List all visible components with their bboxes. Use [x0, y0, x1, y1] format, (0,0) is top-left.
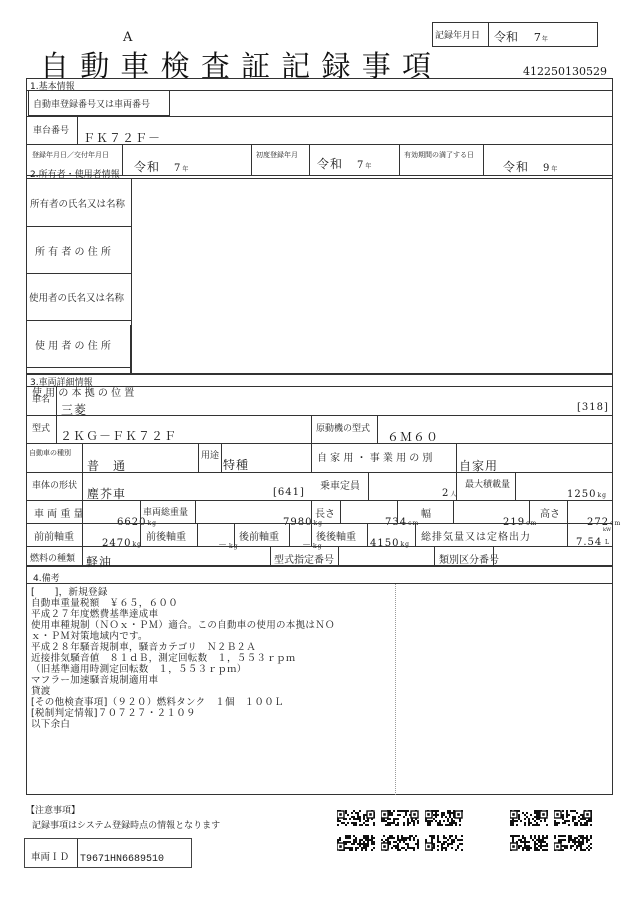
- vehicle-id-box: 車両ＩＤ T9671HN6689510: [24, 838, 192, 868]
- 2d-code-2-icon: [381, 810, 419, 826]
- expiry-year: 9: [543, 163, 550, 174]
- model-label: 型式: [32, 421, 50, 434]
- fr-axle-value: －kg: [218, 538, 239, 551]
- remarks-line: 近接排気騒音値 ８１ｄＢ，測定回転数 １，５５３ｒｐｍ: [31, 653, 335, 664]
- body-shape-code: [641]: [273, 487, 305, 498]
- chassis-label: 車台番号: [33, 123, 69, 136]
- model-value: ２ＫＧ－ＦＫ７２Ｆ: [60, 427, 177, 444]
- type-designation-label: 型式指定番号: [274, 551, 334, 566]
- use-label: 用途: [201, 448, 219, 461]
- expiry-value: 令和9年: [503, 158, 558, 175]
- fuel-label: 燃料の種類: [30, 551, 75, 564]
- height-label: 高さ: [540, 505, 560, 520]
- reg-date-era: 令和: [134, 160, 160, 174]
- notice-text: 記録事項はシステム登録時点の情報となります: [32, 818, 220, 831]
- unit-kg: kg: [597, 492, 606, 499]
- record-date-year: 7: [534, 31, 541, 44]
- reg-date-value: 令和7年: [134, 158, 189, 175]
- 2d-code-8-icon: [425, 835, 463, 851]
- vehicle-id-value: T9671HN6689510: [80, 854, 164, 865]
- first-reg-label: 初度登録年月: [256, 150, 298, 160]
- remarks-line: [その他検査事項]（９２０）燃料タンク １個 １００Ｌ: [31, 697, 335, 708]
- remarks-line: 自動車重量税額 ￥６５，６００: [31, 598, 335, 609]
- record-date-label: 記録年月日: [435, 28, 480, 41]
- max-load-number: 1250: [567, 489, 596, 500]
- reg-number-label: 自動車登録番号又は車両番号: [33, 97, 150, 110]
- capacity-value: 2人: [442, 488, 457, 499]
- private-business-label: 自 家 用 ・ 事 業 用 の 別: [317, 449, 432, 464]
- engine-label: 原動機の型式: [316, 421, 370, 434]
- document-number: 412250130529: [523, 65, 607, 78]
- owner-address-label: 所 有 者 の 住 所: [35, 243, 111, 258]
- remarks-line: [税制判定情報]７０７２７・２１０９: [31, 708, 335, 719]
- year-unit: 年: [365, 163, 372, 170]
- max-load-value: 1250kg: [567, 489, 607, 500]
- 2d-code-5-icon: [554, 810, 592, 826]
- user-name-label: 使用者の氏名又は名称: [29, 290, 124, 304]
- first-reg-value: 令和7年: [317, 155, 372, 172]
- gross-weight-label: 車両総重量: [143, 505, 188, 518]
- year-unit: 年: [182, 166, 189, 173]
- remarks-line: 貸渡: [31, 686, 335, 697]
- header-mark: A: [123, 30, 132, 45]
- section-1: 1.基本情報 自動車登録番号又は車両番号 車台番号 ＦＫ７２Ｆ－ 登録年月日／交…: [26, 78, 613, 176]
- width-label: 幅: [421, 505, 431, 520]
- displacement-unit-l: L: [605, 539, 609, 546]
- remarks-line: マフラー加速騒音規制適用車: [31, 675, 335, 686]
- capacity-number: 2: [442, 488, 449, 499]
- vehicle-weight-label: 車 両 重 量: [34, 505, 84, 520]
- rf-axle-label: 後前軸重: [239, 528, 279, 543]
- car-name-label: 車名: [32, 392, 50, 405]
- section-3: 3.車両詳細情報 車名 三菱 [318] 型式 ２ＫＧ－ＦＫ７２Ｆ 原動機の型式…: [26, 374, 613, 566]
- ff-axle-number: 2470: [102, 538, 131, 549]
- remarks-line: 使用車種規制（ＮＯｘ・ＰＭ）適合。この自動車の使用の本拠はＮＯ: [31, 620, 335, 631]
- remarks-line: 以下余白: [31, 719, 335, 730]
- rr-axle-label: 後後軸重: [316, 528, 356, 543]
- fr-axle-label: 前後軸重: [146, 528, 186, 543]
- kind-label: 自動車の種別: [29, 448, 71, 458]
- reg-date-label: 登録年月日／交付年月日: [32, 150, 109, 160]
- owner-name-label: 所有者の氏名又は名称: [30, 196, 125, 210]
- remarks-text: [ ]，新規登録自動車重量税額 ￥６５，６００平成２７年度燃費基準達成車使用車種…: [31, 587, 335, 730]
- 2d-code-4-icon: [510, 810, 548, 826]
- car-name-code: [318]: [577, 402, 609, 413]
- 2d-code-10-icon: [554, 835, 592, 851]
- 2d-code-6-icon: [337, 835, 375, 851]
- capacity-unit: 人: [450, 491, 457, 498]
- ff-axle-label: 前前軸重: [34, 528, 74, 543]
- remarks-line: 平成２８年騒音規制車，騒音カテゴリ Ｎ２Ｂ２Ａ: [31, 642, 335, 653]
- remarks-line: 平成２７年度燃費基準達成車: [31, 609, 335, 620]
- record-date-era: 令和: [494, 30, 518, 44]
- year-unit: 年: [551, 166, 558, 173]
- expiry-label: 有効期間の満了する日: [404, 150, 474, 160]
- 2d-code-3-icon: [425, 810, 463, 826]
- rr-axle-value: 4150kg: [370, 538, 410, 549]
- year-unit: 年: [542, 36, 548, 43]
- max-load-label: 最大積載量: [465, 477, 510, 490]
- category-label: 類別区分番号: [439, 551, 499, 566]
- use-value: 特種: [223, 456, 249, 473]
- 2d-code-7-icon: [381, 835, 419, 851]
- displacement-label: 総排気量又は定格出力: [421, 528, 531, 543]
- reg-date-year: 7: [174, 163, 181, 174]
- body-shape-label: 車体の形状: [32, 478, 77, 491]
- ff-axle-value: 2470kg: [102, 538, 142, 549]
- rr-axle-number: 4150: [370, 538, 399, 549]
- first-reg-year: 7: [357, 160, 364, 171]
- notice-heading: 【注意事項】: [26, 803, 80, 816]
- 2d-code-1-icon: [337, 810, 375, 826]
- remarks-line: （旧基準適用時測定回転数 １，５５３ｒｐｍ）: [31, 664, 335, 675]
- remarks-line: ｘ・ＰＭ対策地域内です。: [31, 631, 335, 642]
- remarks-line: [ ]，新規登録: [31, 587, 335, 598]
- record-date-value: 令和 7年: [494, 28, 548, 45]
- capacity-label: 乗車定員: [320, 477, 360, 492]
- 2d-code-9-icon: [510, 835, 548, 851]
- expiry-era: 令和: [503, 160, 529, 174]
- vehicle-id-label: 車両ＩＤ: [31, 849, 69, 863]
- first-reg-era: 令和: [317, 157, 343, 171]
- record-date-box: 記録年月日 令和 7年: [432, 22, 598, 47]
- length-label: 長さ: [315, 505, 335, 520]
- displacement-unit-kw: kW: [603, 527, 611, 533]
